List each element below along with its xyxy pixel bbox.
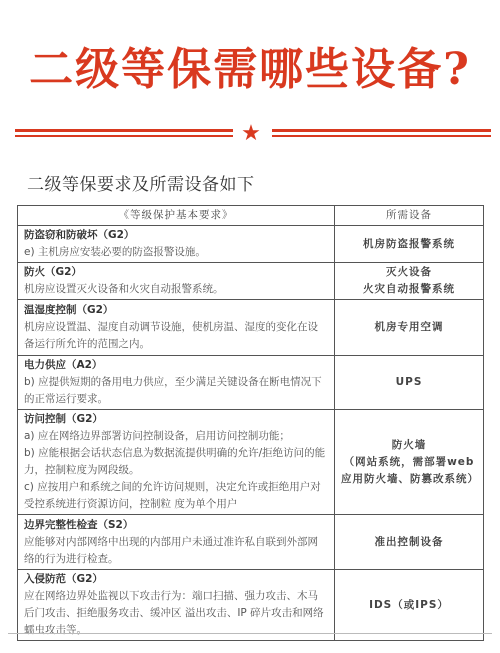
- requirement-text: b) 应能根据会话状态信息为数据流提供明确的允许/拒绝访问的能力，控制粒度为网段…: [24, 445, 328, 479]
- table-row: 电力供应（A2） b) 应提供短期的备用电力供应，至少满足关键设备在断电情况下的…: [18, 356, 484, 410]
- device-name: 准出控制设备: [341, 534, 477, 551]
- requirement-cell: 入侵防范（G2） 应在网络边界处监视以下攻击行为：端口扫描、强力攻击、木马后门攻…: [18, 570, 335, 641]
- device-cell: 机房防盗报警系统: [335, 226, 484, 263]
- requirement-text: 机房应设置灭火设备和火灾自动报警系统。: [24, 281, 328, 298]
- requirement-cell: 防盗窃和防破坏（G2） e) 主机房应安装必要的防盗报警设施。: [18, 226, 335, 263]
- requirement-title: 防火（G2）: [24, 264, 328, 281]
- requirement-cell: 防火（G2） 机房应设置灭火设备和火灾自动报警系统。: [18, 263, 335, 300]
- page-bottom-rule: [8, 633, 492, 634]
- device-name: 火灾自动报警系统: [341, 281, 477, 298]
- requirement-text: 应能够对内部网络中出现的内部用户未通过准许私自联到外部网络的行为进行检查。: [24, 534, 328, 568]
- page-title: 二级等保需哪些设备?: [0, 42, 500, 98]
- table-row: 防盗窃和防破坏（G2） e) 主机房应安装必要的防盗报警设施。 机房防盗报警系统: [18, 226, 484, 263]
- star-icon: ★: [240, 123, 262, 145]
- requirement-cell: 边界完整性检查（S2） 应能够对内部网络中出现的内部用户未通过准许私自联到外部网…: [18, 515, 335, 570]
- device-note: （网站系统，需部署web应用防火墙、防篡改系统）: [341, 454, 477, 488]
- device-name: 机房专用空调: [341, 319, 477, 336]
- table-row: 入侵防范（G2） 应在网络边界处监视以下攻击行为：端口扫描、强力攻击、木马后门攻…: [18, 570, 484, 641]
- requirement-title: 防盗窃和防破坏（G2）: [24, 227, 328, 244]
- requirement-cell: 温湿度控制（G2） 机房应设置温、湿度自动调节设施，使机房温、湿度的变化在设备运…: [18, 300, 335, 356]
- table-row: 温湿度控制（G2） 机房应设置温、湿度自动调节设施，使机房温、湿度的变化在设备运…: [18, 300, 484, 356]
- requirement-cell: 访问控制（G2） a) 应在网络边界部署访问控制设备，启用访问控制功能； b) …: [18, 410, 335, 515]
- requirement-text: a) 应在网络边界部署访问控制设备，启用访问控制功能；: [24, 428, 328, 445]
- requirement-cell: 电力供应（A2） b) 应提供短期的备用电力供应，至少满足关键设备在断电情况下的…: [18, 356, 335, 410]
- title-divider-left: [15, 126, 233, 140]
- column-header-requirements: 《等级保护基本要求》: [18, 206, 335, 226]
- column-header-devices: 所需设备: [335, 206, 484, 226]
- table-row: 访问控制（G2） a) 应在网络边界部署访问控制设备，启用访问控制功能； b) …: [18, 410, 484, 515]
- device-name: UPS: [341, 374, 477, 391]
- requirements-table: 《等级保护基本要求》 所需设备 防盗窃和防破坏（G2） e) 主机房应安装必要的…: [17, 205, 484, 641]
- device-name: 防火墙: [341, 437, 477, 454]
- requirement-title: 边界完整性检查（S2）: [24, 517, 328, 534]
- device-cell: 灭火设备 火灾自动报警系统: [335, 263, 484, 300]
- requirement-title: 入侵防范（G2）: [24, 571, 328, 588]
- requirement-text: 机房应设置温、湿度自动调节设施，使机房温、湿度的变化在设备运行所允许的范围之内。: [24, 319, 328, 353]
- device-name: 灭火设备: [341, 264, 477, 281]
- device-cell: 机房专用空调: [335, 300, 484, 356]
- table-row: 边界完整性检查（S2） 应能够对内部网络中出现的内部用户未通过准许私自联到外部网…: [18, 515, 484, 570]
- requirement-text: c) 应按用户和系统之间的允许访问规则，决定允许或拒绝用户对受控系统进行资源访问…: [24, 479, 328, 513]
- device-cell: 防火墙 （网站系统，需部署web应用防火墙、防篡改系统）: [335, 410, 484, 515]
- device-cell: UPS: [335, 356, 484, 410]
- requirement-title: 温湿度控制（G2）: [24, 302, 328, 319]
- table-row: 防火（G2） 机房应设置灭火设备和火灾自动报警系统。 灭火设备 火灾自动报警系统: [18, 263, 484, 300]
- requirement-title: 电力供应（A2）: [24, 357, 328, 374]
- table-header-row: 《等级保护基本要求》 所需设备: [18, 206, 484, 226]
- device-name: IDS（或IPS）: [341, 597, 477, 614]
- device-cell: IDS（或IPS）: [335, 570, 484, 641]
- title-divider-right: [272, 126, 491, 140]
- requirement-title: 访问控制（G2）: [24, 411, 328, 428]
- requirement-text: b) 应提供短期的备用电力供应，至少满足关键设备在断电情况下的正常运行要求。: [24, 374, 328, 408]
- device-name: 机房防盗报警系统: [341, 236, 477, 253]
- device-cell: 准出控制设备: [335, 515, 484, 570]
- requirement-text: 应在网络边界处监视以下攻击行为：端口扫描、强力攻击、木马后门攻击、拒绝服务攻击、…: [24, 588, 328, 639]
- requirement-text: e) 主机房应安装必要的防盗报警设施。: [24, 244, 328, 261]
- section-subtitle: 二级等保要求及所需设备如下: [27, 170, 255, 195]
